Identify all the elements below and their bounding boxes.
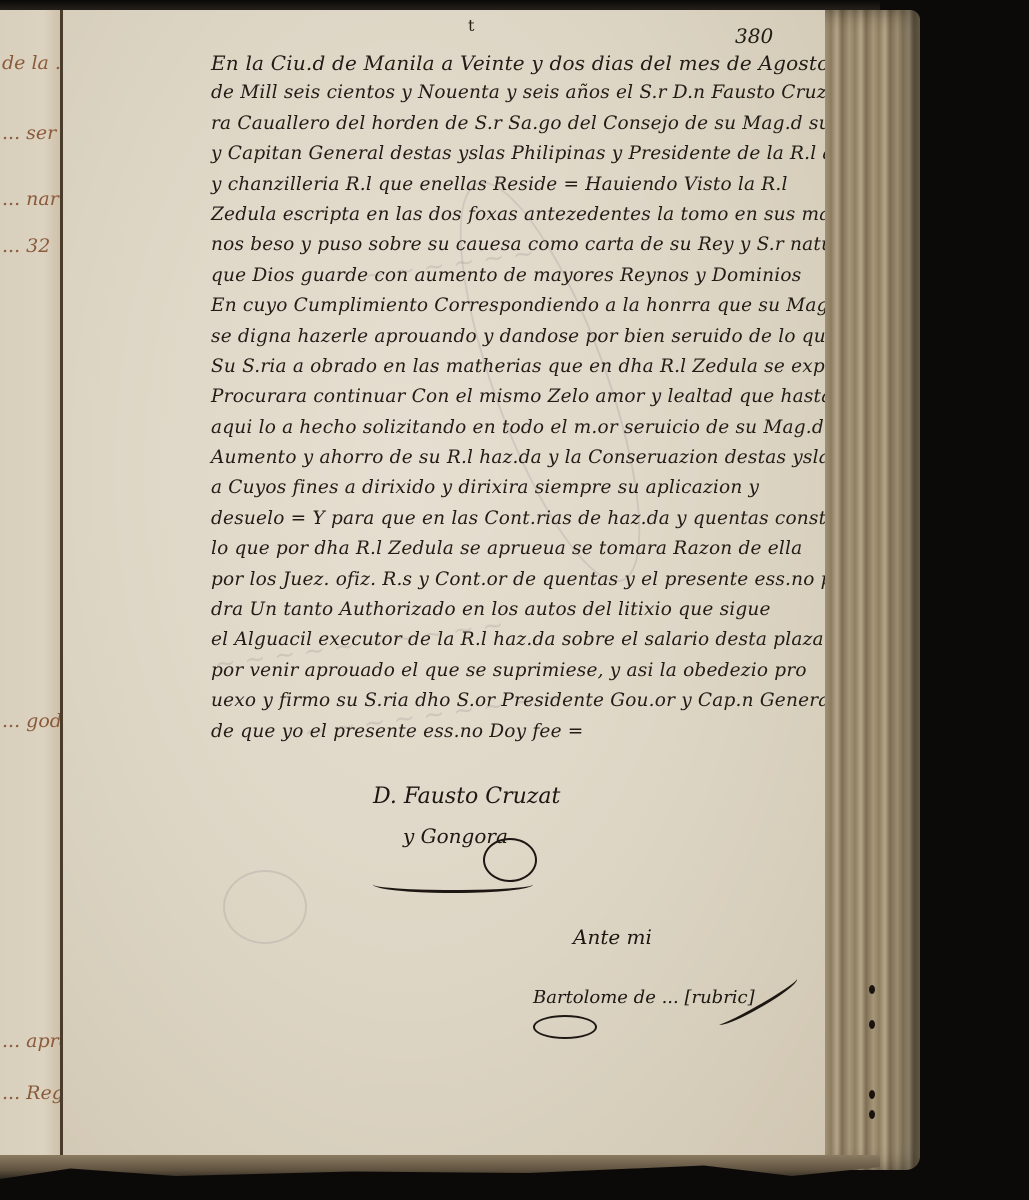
manuscript-scene: de la ... ... ser ... nar ... 32 ... god…	[0, 0, 1029, 1200]
page-fore-edge	[825, 10, 920, 1170]
signature-line: D. Fausto Cruzat	[373, 784, 560, 809]
text-line: uexo y firmo su S.ria dho S.or President…	[211, 686, 821, 716]
worm-hole	[869, 1020, 875, 1029]
text-line: Zedula escripta en las dos foxas antezed…	[211, 200, 821, 230]
signature-rubric	[483, 838, 537, 882]
worm-hole	[869, 985, 875, 994]
text-line: En la Ciu.d de Manila a Veinte y dos dia…	[211, 48, 821, 78]
text-line: que Dios guarde con aumento de mayores R…	[211, 261, 821, 291]
notary-signature: Ante mi Bartolome de ... [rubric]	[533, 925, 825, 1075]
manuscript-page: ~ ~ ~ ~ ~ ~ ~ ~ ~ ~ ~ ~ ~ ~ ~ ~ ~ ~ ~ ~ …	[63, 10, 825, 1160]
text-line: dra Un tanto Authorizado en los autos de…	[211, 595, 821, 625]
margin-note: ... nar	[2, 188, 59, 210]
text-line: ra Cauallero del horden de S.r Sa.go del…	[211, 109, 821, 139]
text-line: de que yo el presente ess.no Doy fee =	[211, 717, 821, 747]
margin-note: ... 32	[2, 235, 50, 257]
text-line: por venir aprouado el que se suprimiese,…	[211, 656, 821, 686]
folio-number: 380	[735, 24, 773, 48]
text-line: desuelo = Y para que en las Cont.rias de…	[211, 504, 821, 534]
worm-hole	[869, 1110, 875, 1119]
margin-note: ... ser	[2, 122, 56, 144]
left-page-fragment: de la ... ... ser ... nar ... 32 ... god…	[0, 10, 62, 1160]
text-line: el Alguacil executor de la R.l haz.da so…	[211, 625, 821, 655]
manuscript-text-block: En la Ciu.d de Manila a Veinte y dos dia…	[211, 48, 821, 747]
text-line: Procurara continuar Con el mismo Zelo am…	[211, 382, 821, 412]
notary-name: Bartolome de ... [rubric]	[533, 987, 755, 1008]
text-line: lo que por dha R.l Zedula se aprueua se …	[211, 534, 821, 564]
text-line: Su S.ria a obrado en las matherias que e…	[211, 352, 821, 382]
text-line: de Mill seis cientos y Nouenta y seis añ…	[211, 78, 821, 108]
worm-hole	[869, 1090, 875, 1099]
margin-note: ... god	[2, 710, 62, 732]
notary-heading: Ante mi	[573, 925, 652, 949]
text-line: se digna hazerle aprouando y dandose por…	[211, 322, 821, 352]
governor-signature: D. Fausto Cruzat y Gongora	[363, 780, 663, 910]
seal-ghost	[223, 870, 307, 944]
text-line: aqui lo a hecho solizitando en todo el m…	[211, 413, 821, 443]
top-mark: t	[468, 16, 474, 35]
text-line: y chanzilleria R.l que enellas Reside = …	[211, 170, 821, 200]
page-bottom-edge	[0, 1155, 880, 1185]
text-line: a Cuyos fines a dirixido y dirixira siem…	[211, 473, 821, 503]
text-line: y Capitan General destas yslas Philipina…	[211, 139, 821, 169]
text-line: por los Juez. ofiz. R.s y Cont.or de que…	[211, 565, 821, 595]
text-line: En cuyo Cumplimiento Correspondiendo a l…	[211, 291, 821, 321]
text-line: Aumento y ahorro de su R.l haz.da y la C…	[211, 443, 821, 473]
text-line: nos beso y puso sobre su cauesa como car…	[211, 230, 821, 260]
signature-rubric	[533, 1015, 597, 1039]
